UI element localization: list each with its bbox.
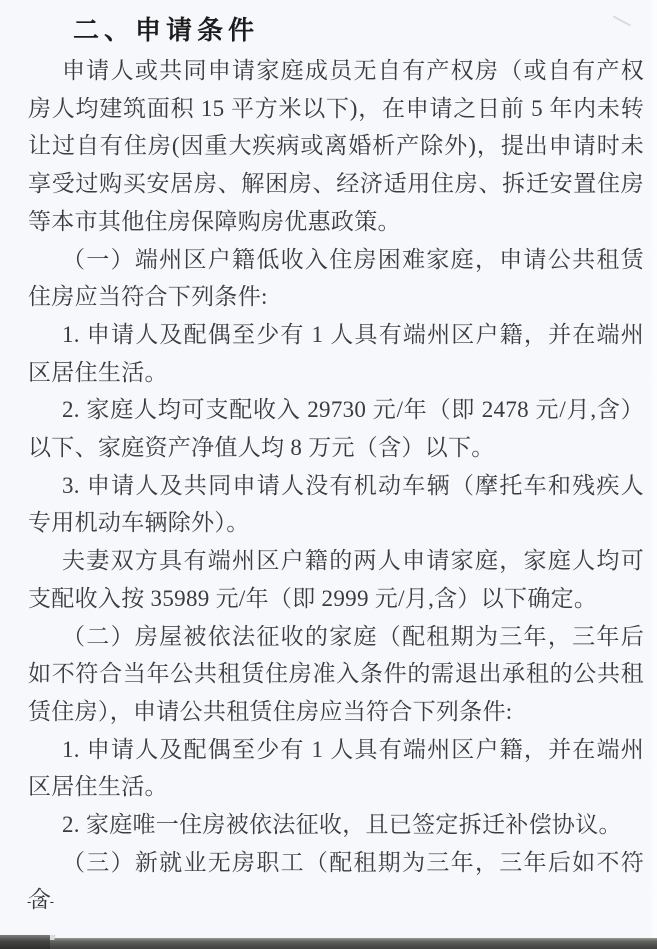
page-number: - 2 - — [27, 894, 55, 909]
scanned-document-page: 二、申请条件 申请人或共同申请家庭成员无自有产权房（或自有产权房人均建筑面积 1… — [0, 0, 657, 949]
paragraph-item-two-header: （二）房屋被依法征收的家庭（配租期为三年，三年后如不符合当年公共租赁住房准入条件… — [28, 618, 644, 731]
paragraph-item-one-cond-2: 2. 家庭人均可支配收入 29730 元/年（即 2478 元/月,含）以下、家… — [28, 391, 644, 466]
document-body: 二、申请条件 申请人或共同申请家庭成员无自有产权房（或自有产权房人均建筑面积 1… — [28, 8, 644, 919]
paragraph-item-two-cond-2: 2. 家庭唯一住房被依法征收，且已签定拆迁补偿协议。 — [28, 806, 644, 844]
scan-bottom-edge-left-block — [0, 935, 50, 949]
scan-right-edge — [649, 0, 657, 938]
paragraph-item-two-cond-1: 1. 申请人及配偶至少有 1 人具有端州区户籍，并在端州区居住生活。 — [28, 731, 644, 806]
paragraph-item-three-header: （三）新就业无房职工（配租期为三年，三年后如不符合 — [28, 844, 644, 919]
section-heading: 二、申请条件 — [28, 8, 644, 52]
scan-bottom-edge-bar — [0, 938, 657, 949]
paragraph-intro: 申请人或共同申请家庭成员无自有产权房（或自有产权房人均建筑面积 15 平方米以下… — [28, 52, 644, 241]
paragraph-couple-note: 夫妻双方具有端州区户籍的两人申请家庭，家庭人均可支配收入按 35989 元/年（… — [28, 542, 644, 617]
paragraph-item-one-header: （一）端州区户籍低收入住房困难家庭，申请公共租赁住房应当符合下列条件: — [28, 241, 644, 316]
paragraph-item-one-cond-1: 1. 申请人及配偶至少有 1 人具有端州区户籍，并在端州区居住生活。 — [28, 316, 644, 391]
paragraph-item-one-cond-3: 3. 申请人及共同申请人没有机动车辆（摩托车和残疾人专用机动车辆除外）。 — [28, 467, 644, 542]
